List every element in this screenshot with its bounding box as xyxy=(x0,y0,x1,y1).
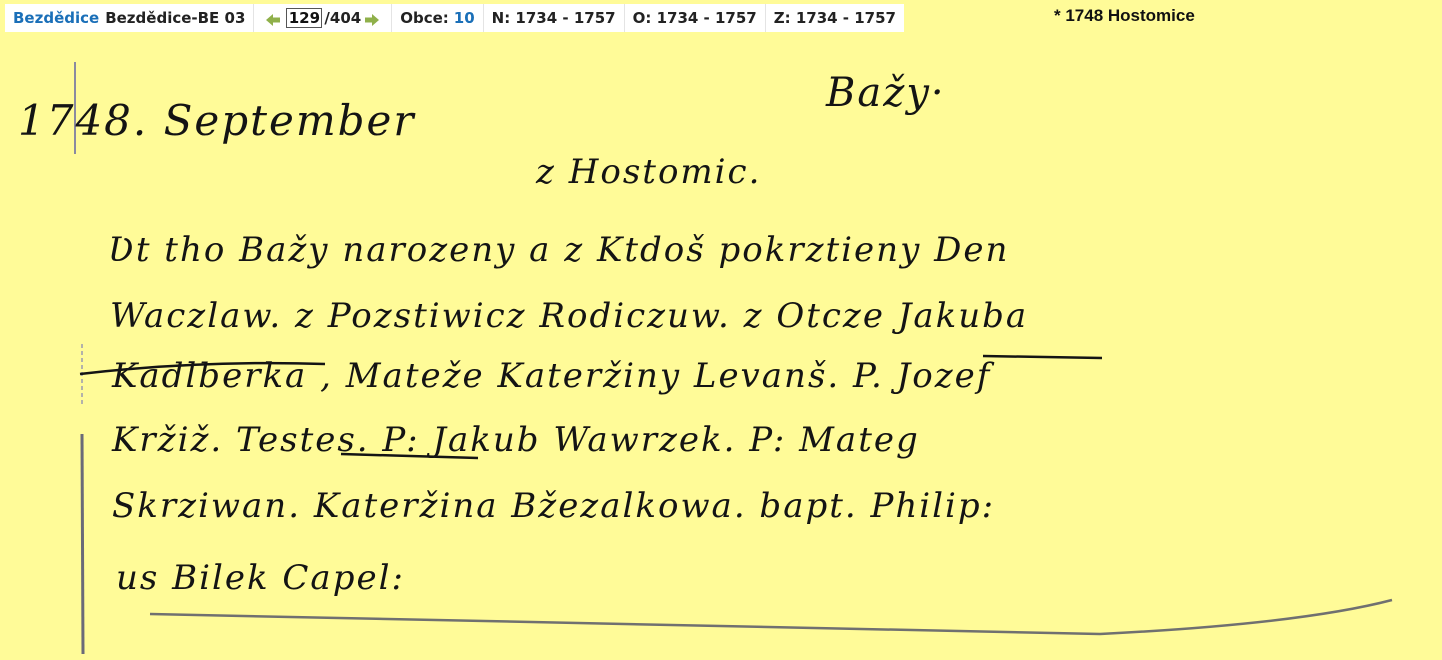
marriages-range-text: O: 1734 - 1757 xyxy=(633,9,757,27)
deaths-range: Z: 1734 - 1757 xyxy=(766,4,904,32)
handwritten-line-7: Skrziwan. Kateržina Bžezalkowa. bapt. Ph… xyxy=(112,486,995,526)
arrow-left-icon[interactable] xyxy=(266,12,280,24)
navigation-toolbar: Bezdědice Bezdědice-BE 03 /404 Obce: 10 … xyxy=(5,4,904,32)
obce-segment: Obce: 10 xyxy=(392,4,483,32)
handwritten-line-2: z Hostomic. xyxy=(536,152,761,192)
page-navigation-segment: /404 xyxy=(254,4,392,32)
handwritten-line-1b: Bažy· xyxy=(826,70,946,116)
record-label: * 1748 Hostomice xyxy=(1054,6,1195,26)
total-pages: /404 xyxy=(324,9,361,27)
register-title-segment: Bezdědice Bezdědice-BE 03 xyxy=(5,4,254,32)
obce-count-link[interactable]: 10 xyxy=(454,9,475,27)
handwritten-line-5: Kadlberka , Mateže Kateržiny Levanš. P. … xyxy=(112,356,991,396)
handwritten-line-8: us Bilek Capel: xyxy=(116,558,405,598)
obce-label: Obce: xyxy=(400,9,449,27)
births-range-text: N: 1734 - 1757 xyxy=(492,9,616,27)
handwritten-line-6: Kržiž. Testes. P: Jakub Wawrzek. P: Mate… xyxy=(112,420,920,460)
page-number-input[interactable] xyxy=(286,8,322,28)
parish-link[interactable]: Bezdědice xyxy=(13,9,99,27)
births-range: N: 1734 - 1757 xyxy=(484,4,625,32)
marriages-range: O: 1734 - 1757 xyxy=(625,4,766,32)
register-scan-image: 1748. September Bažy· z Hostomic. Ʋt tho… xyxy=(0,34,1442,660)
handwritten-line-3: Ʋt tho Bažy narozeny a z Ktdoš pokrztien… xyxy=(108,230,1009,270)
handwritten-line-1a: 1748. September xyxy=(18,96,415,145)
handwritten-line-4: Waczlaw. z Pozstiwicz Rodiczuw. z Otcze … xyxy=(110,296,1028,336)
arrow-right-icon[interactable] xyxy=(365,12,379,24)
deaths-range-text: Z: 1734 - 1757 xyxy=(774,9,896,27)
register-name: Bezdědice-BE 03 xyxy=(105,9,245,27)
